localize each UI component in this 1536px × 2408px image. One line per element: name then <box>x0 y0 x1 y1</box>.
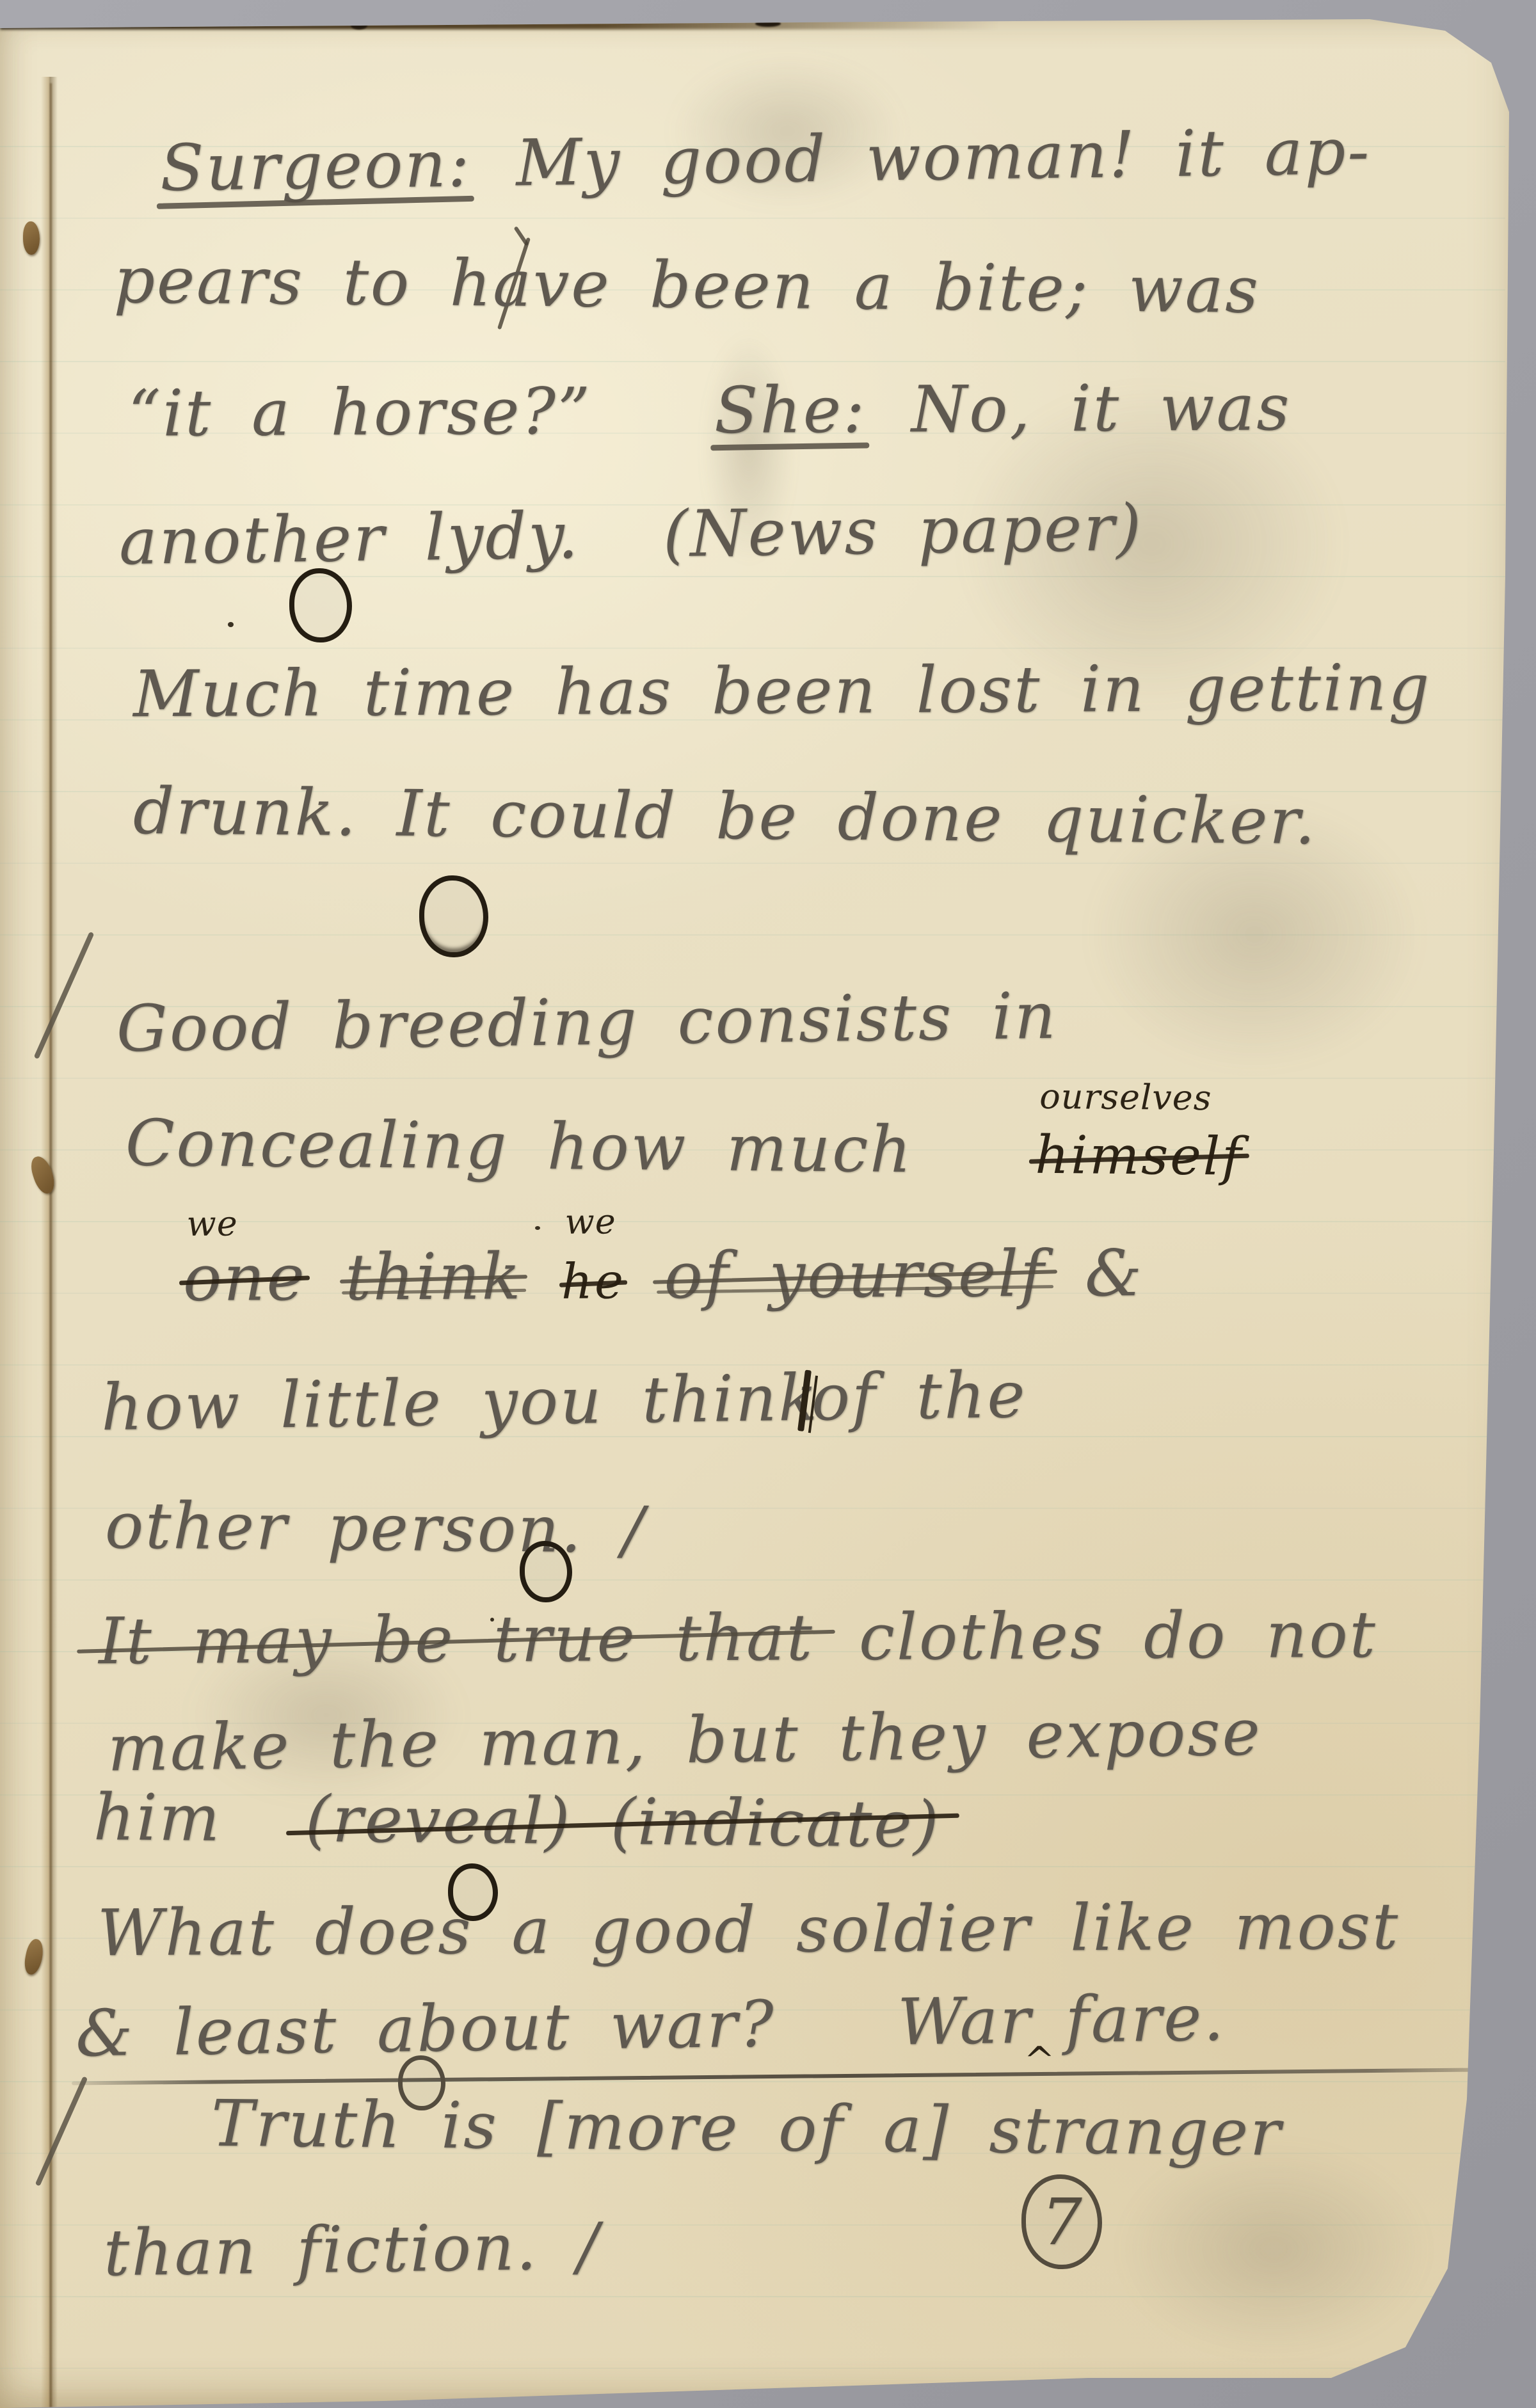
burnt-top-edge <box>0 19 998 29</box>
entry-circle-mark <box>398 2055 445 2110</box>
struck-text: (reveal) (indicate) <box>305 1782 941 1862</box>
notebook-page: Surgeon:My good woman! it ap- pears to h… <box>0 0 1536 2408</box>
revision-we-over-one: we one <box>183 1241 307 1315</box>
handwritten-line: What does a good soldier like most <box>97 1890 1400 1970</box>
handwritten-line: another lydy.(News paper) <box>118 491 1144 578</box>
handwritten-line: “it a horse?” She:No, it was <box>128 371 1292 451</box>
handwritten-line: make the man, but they expose <box>107 1695 1262 1785</box>
handwritten-line: than fiction. / <box>103 2210 601 2290</box>
circled-page-number: 7 <box>1021 2174 1102 2269</box>
underlined-speaker: She: <box>714 373 867 447</box>
ink-speck <box>228 622 234 627</box>
handwritten-line: how little you thinkof the <box>100 1358 1027 1444</box>
handwritten-line: Good breeding consists in <box>116 979 1058 1066</box>
smudge <box>1120 2144 1427 2355</box>
entry-circle-mark <box>419 875 488 957</box>
entry-circle-mark <box>289 568 352 642</box>
entry-circle-mark <box>520 1541 572 1602</box>
pencil-divider-rule <box>72 2068 1480 2085</box>
handwritten-line: Much time has been lost in getting <box>133 651 1432 731</box>
burnt-corner-notch <box>6 20 83 87</box>
handwritten-line: Truth is [more of a] stranger <box>211 2087 1283 2170</box>
page-number: 7 <box>1041 2185 1082 2260</box>
underlined-speaker: Surgeon: <box>159 127 472 205</box>
burn-mark <box>755 20 781 27</box>
handwritten-line: Concealing how much ourselves himself <box>125 1106 1244 1189</box>
scanned-notebook-photo: { "document": { "kind": "Handwritten not… <box>0 0 1536 2408</box>
handwritten-line: we one think we he of yourself & <box>183 1236 1144 1315</box>
handwritten-line: him (reveal) (indicate) <box>93 1780 941 1862</box>
handwritten-line: It may be true thatclothes do not <box>99 1598 1377 1678</box>
ink-speck <box>535 1226 540 1230</box>
revision-ourselves-over-himself: ourselves himself <box>1035 1114 1244 1190</box>
burn-mark <box>351 22 367 29</box>
binding-crease-line <box>50 83 52 2408</box>
binding-stitch <box>23 221 40 255</box>
handwritten-line: pears to have been a bite; was <box>114 243 1261 327</box>
entry-circle-mark <box>448 1863 498 1921</box>
binding-crease <box>41 77 58 2408</box>
handwritten-line: & least about war? War^fare. <box>75 1981 1226 2070</box>
revision-we-over-he: we he <box>561 1239 626 1313</box>
handwritten-line: drunk. It could be done quicker. <box>133 774 1318 858</box>
struck-text: It may be true that <box>99 1600 815 1678</box>
handwritten-line: Surgeon:My good woman! it ap- <box>159 115 1372 205</box>
